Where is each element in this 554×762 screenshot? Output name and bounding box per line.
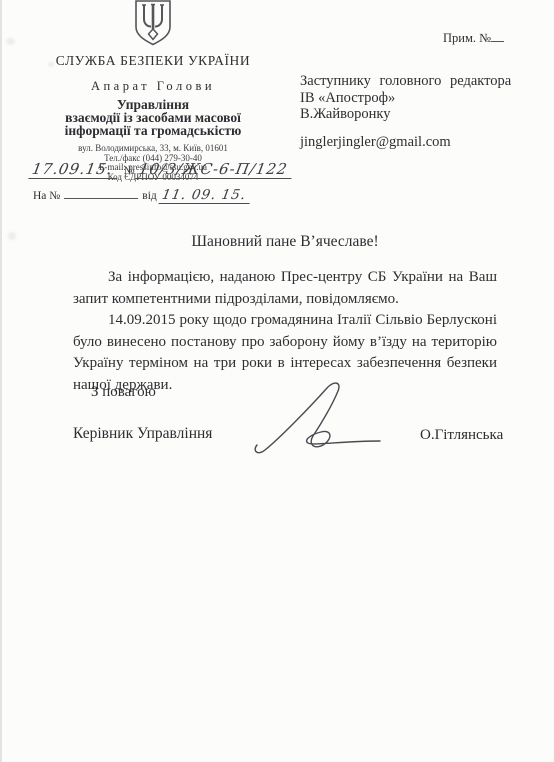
scan-smudge: [8, 232, 16, 240]
incoming-number-blank: [64, 187, 138, 199]
outgoing-reference-line: 17.09.15.№10/3/ЖС-6-П/122: [30, 160, 292, 179]
outgoing-number-handwritten: 10/3/ЖС-6-П/122: [135, 160, 294, 179]
signer-position: Керівник Управління: [73, 425, 212, 443]
recipient-position: Заступнику головного редактора: [300, 73, 516, 90]
incoming-from-label: від: [142, 190, 156, 202]
org-name: СЛУЖБА БЕЗПЕКИ УКРАЇНИ: [38, 53, 268, 69]
incoming-number-label: На №: [33, 190, 60, 202]
scan-edge-artifact: [0, 0, 2, 762]
salutation: Шановний пане В’ячеславе!: [73, 233, 497, 251]
copy-number-label: Прим. №: [443, 30, 504, 46]
scan-smudge: [6, 38, 15, 45]
letterhead: СЛУЖБА БЕЗПЕКИ УКРАЇНИ Апарат Голови Упр…: [38, 0, 268, 182]
incoming-reference-line: На №від 11. 09. 15.: [33, 187, 251, 204]
scanned-letter-page: Прим. № СЛУЖБА БЕЗПЕКИ УКРАЇНИ Апарат Го…: [0, 0, 554, 762]
recipient-organization: ІВ «Апостроф»: [300, 90, 516, 107]
number-sign: №: [124, 165, 135, 177]
closing-phrase: З повагою: [91, 384, 156, 401]
signer-name: О.Гітлянська: [420, 427, 503, 444]
recipient-block: Заступнику головного редактора ІВ «Апост…: [300, 73, 516, 150]
body-paragraph: За інформацією, наданою Прес-центру СБ У…: [73, 267, 497, 310]
outgoing-date-handwritten: 17.09.15.: [28, 160, 119, 179]
recipient-name: В.Жайворонку: [300, 106, 516, 123]
org-office: Апарат Голови: [38, 79, 268, 94]
ukraine-trident-shield-icon: [132, 0, 174, 46]
recipient-email: jinglerjingler@gmail.com: [300, 134, 516, 151]
copy-number-blank: [491, 30, 504, 42]
copy-number-text: Прим. №: [443, 31, 491, 45]
org-unit-line: інформації та громадськістю: [38, 124, 268, 137]
handwritten-signature: [250, 371, 384, 467]
incoming-date-handwritten: 11. 09. 15.: [158, 187, 252, 204]
